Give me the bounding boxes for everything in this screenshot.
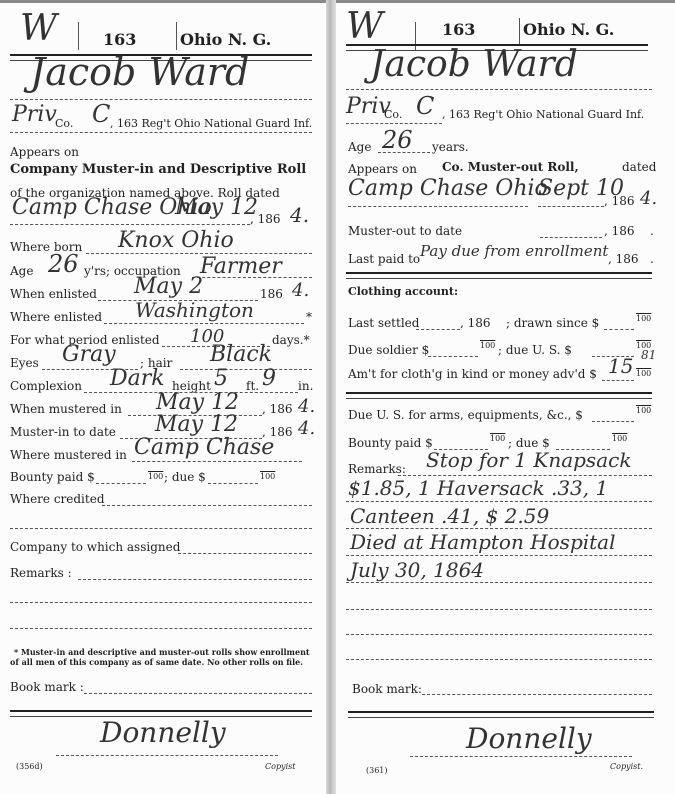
years-label: years. <box>432 140 469 154</box>
due-soldier-cents: 100 <box>480 341 495 350</box>
clothing-account-label: Clothing account: <box>348 285 458 298</box>
roll-date: May 12 <box>175 195 258 220</box>
last-paid-label: Last paid to <box>348 252 420 266</box>
section-rule <box>346 272 652 279</box>
last-settled-line <box>416 329 460 330</box>
appears-on-label: Appears on <box>10 145 79 159</box>
company-line <box>346 123 442 124</box>
days-label: days.* <box>272 333 310 347</box>
book-mark-label: Book mark : <box>10 680 84 694</box>
amt-clothing-label: Am't for cloth'g in kind or money adv'd … <box>348 367 597 381</box>
remarks-line <box>10 602 312 603</box>
surname-initial: W <box>20 8 57 49</box>
card-divider <box>326 0 336 794</box>
bounty-cents: 100 <box>490 434 505 443</box>
book-mark-label: Book mark: <box>352 682 422 696</box>
remarks-line-3: Canteen .41, $ 2.59 <box>350 504 549 528</box>
remarks-line <box>78 579 312 580</box>
remarks-line-5: July 30, 1864 <box>350 558 484 582</box>
company-letter: C <box>92 100 110 128</box>
muster-out-year: , 186 <box>604 224 635 238</box>
when-enlisted-label: When enlisted <box>10 287 97 301</box>
mustered-in-label: When mustered in <box>10 402 122 416</box>
header-divider <box>176 22 177 50</box>
height-ft-value: 5 <box>214 366 228 391</box>
occupation-value: Farmer <box>200 254 282 279</box>
roll-date-line <box>538 206 604 207</box>
top-edge <box>336 0 675 3</box>
roll-line <box>10 224 250 225</box>
remarks-rule <box>346 609 652 610</box>
bounty-label: Bounty paid $ <box>10 470 95 484</box>
roll-year: , 186 <box>604 194 635 208</box>
age-label: Age <box>348 140 371 154</box>
header-divider <box>519 18 520 44</box>
state-unit: Ohio N. G. <box>523 20 614 39</box>
eyes-label: Eyes <box>10 356 39 370</box>
age-label: Age <box>10 264 33 278</box>
blank-line <box>10 528 312 529</box>
amt-clothing-line <box>602 380 634 381</box>
roll-title: Company Muster-in and Descriptive Roll <box>10 162 306 177</box>
muster-out-label: Muster-out to date <box>348 224 462 238</box>
footnote-line-2: of all men of this company as of same da… <box>10 657 303 667</box>
height-in-value: 9 <box>262 366 276 391</box>
hair-value: Black <box>210 342 272 367</box>
company-assigned-line <box>178 553 312 554</box>
company-label: Co. <box>384 108 402 121</box>
complexion-value: Dark <box>110 366 165 391</box>
remarks-rule <box>346 634 652 635</box>
amt-clothing-cents: 81 <box>641 348 656 362</box>
amt-clothing-dollars: 15 <box>608 354 633 378</box>
form-number: (361) <box>366 766 388 775</box>
regiment-line: , 163 Reg't Ohio National Guard Inf. <box>442 108 644 121</box>
when-enlisted-year: 186 <box>260 287 283 301</box>
header-divider <box>78 22 79 50</box>
due-cents: 100 <box>260 472 275 481</box>
copyist-signature: Donnelly <box>466 722 592 755</box>
ft-label: ft. <box>246 379 259 393</box>
where-born-value: Knox Ohio <box>118 228 234 253</box>
signature-line <box>410 756 632 757</box>
muster-to-date-label: Muster-in to date <box>10 425 116 439</box>
remarks-label: Remarks : <box>10 566 72 580</box>
in-label: in. <box>298 379 313 393</box>
bounty-label: Bounty paid $ <box>348 436 433 450</box>
due-us-arms-line <box>592 421 634 422</box>
due-soldier-line <box>428 356 478 357</box>
due-us-arms-label: Due U. S. for arms, equipments, &c., $ <box>348 408 583 422</box>
bounty-line <box>96 483 146 484</box>
rank: Priv <box>12 102 57 127</box>
drawn-since-label: ; drawn since $ <box>506 316 599 330</box>
where-credited-line <box>102 505 312 506</box>
mustered-in-year: , 186 <box>262 402 293 416</box>
where-mustered-label: Where mustered in <box>10 448 127 462</box>
company-letter: C <box>416 92 434 120</box>
complexion-label: Complexion <box>10 379 82 393</box>
bounty-cents: 100 <box>148 472 163 481</box>
age-line <box>378 152 430 153</box>
drawn-since-line <box>604 329 634 330</box>
name-line <box>346 89 652 90</box>
remarks-line-2: $1.85, 1 Haversack .33, 1 <box>348 476 608 500</box>
remarks-rule <box>346 501 652 502</box>
remarks-line-1: Stop for 1 Knapsack <box>426 448 631 472</box>
where-credited-label: Where credited <box>10 492 105 506</box>
hair-line <box>180 369 312 370</box>
muster-to-date-value: May 12 <box>155 412 238 437</box>
roll-place: Camp Chase Ohio <box>348 176 548 201</box>
footnote-line-1: * Muster-in and descriptive and muster-o… <box>14 647 310 657</box>
regiment-line: , 163 Reg't Ohio National Guard Inf. <box>110 117 312 130</box>
regiment-number: 163 <box>103 30 136 49</box>
drawn-since-cents: 100 <box>636 314 651 323</box>
footer-rule <box>348 711 654 718</box>
last-paid-year: , 186 <box>608 252 639 266</box>
soldier-name: Jacob Ward <box>370 44 578 85</box>
remarks-rule <box>346 659 652 660</box>
roll-place-line <box>348 206 528 207</box>
name-line <box>10 99 312 100</box>
age-value: 26 <box>48 250 79 278</box>
last-paid-period: . <box>650 252 654 266</box>
where-mustered-line <box>132 461 302 462</box>
where-enlisted-asterisk: * <box>306 310 312 324</box>
company-assigned-label: Company to which assigned <box>10 540 180 554</box>
appears-on-label: Appears on <box>348 162 417 176</box>
copyist-label: Copyist <box>265 762 295 771</box>
last-settled-label: Last settled <box>348 316 419 330</box>
company-line <box>10 132 312 133</box>
roll-title: Co. Muster-out Roll, <box>442 160 579 174</box>
due-us-arms-cents: 100 <box>636 406 651 415</box>
last-settled-year: , 186 <box>460 316 491 330</box>
due-label: ; due $ <box>164 470 206 484</box>
occupation-line <box>192 277 312 278</box>
surname-initial: W <box>346 6 383 47</box>
remarks-rule <box>346 528 652 529</box>
signature-line <box>56 755 278 756</box>
top-edge <box>0 0 326 3</box>
where-enlisted-line <box>104 323 304 324</box>
last-paid-value: Pay due from enrollment <box>420 242 608 260</box>
roll-year-digit: 4. <box>640 188 657 209</box>
roll-year: , 186 <box>250 212 281 226</box>
muster-out-card: W 163 Ohio N. G. Jacob Ward Priv Co. C ,… <box>336 0 675 794</box>
age-value: 26 <box>382 126 413 154</box>
where-enlisted-label: Where enlisted <box>10 310 102 324</box>
mustered-in-year-digit: 4. <box>298 396 315 417</box>
amt-clothing-frac: 100 <box>636 369 651 378</box>
remarks-line-4: Died at Hampton Hospital <box>350 530 616 554</box>
remarks-rule <box>346 582 652 583</box>
when-enlisted-year-digit: 4. <box>292 280 309 301</box>
remarks-label: Remarks: <box>348 462 406 476</box>
state-unit: Ohio N. G. <box>180 30 271 49</box>
due-us-label: ; due U. S. $ <box>498 343 572 357</box>
when-enlisted-value: May 2 <box>134 274 203 299</box>
copyist-signature: Donnelly <box>100 716 226 749</box>
remarks-line <box>10 628 312 629</box>
roll-year-digit: 4. <box>290 203 309 227</box>
due-cents: 100 <box>612 434 627 443</box>
soldier-name: Jacob Ward <box>30 50 249 94</box>
where-mustered-value: Camp Chase <box>134 435 274 460</box>
where-enlisted-value: Washington <box>135 298 254 322</box>
muster-out-line <box>540 237 602 238</box>
company-label: Co. <box>55 117 73 130</box>
due-soldier-label: Due soldier $ <box>348 343 429 357</box>
section-rule <box>346 392 652 399</box>
book-mark-line <box>84 693 312 694</box>
due-line <box>208 483 258 484</box>
muster-in-card: W 163 Ohio N. G. Jacob Ward Priv Co. C ,… <box>0 0 326 794</box>
copyist-label: Copyist. <box>610 762 643 771</box>
dated-label: dated <box>622 160 656 174</box>
eyes-value: Gray <box>62 342 116 367</box>
book-mark-line <box>422 694 652 695</box>
form-number: (356d) <box>16 762 43 771</box>
remarks-rule <box>346 555 652 556</box>
muster-out-period: . <box>650 224 654 238</box>
muster-to-date-year-digit: 4. <box>298 418 315 439</box>
regiment-number: 163 <box>442 20 475 39</box>
